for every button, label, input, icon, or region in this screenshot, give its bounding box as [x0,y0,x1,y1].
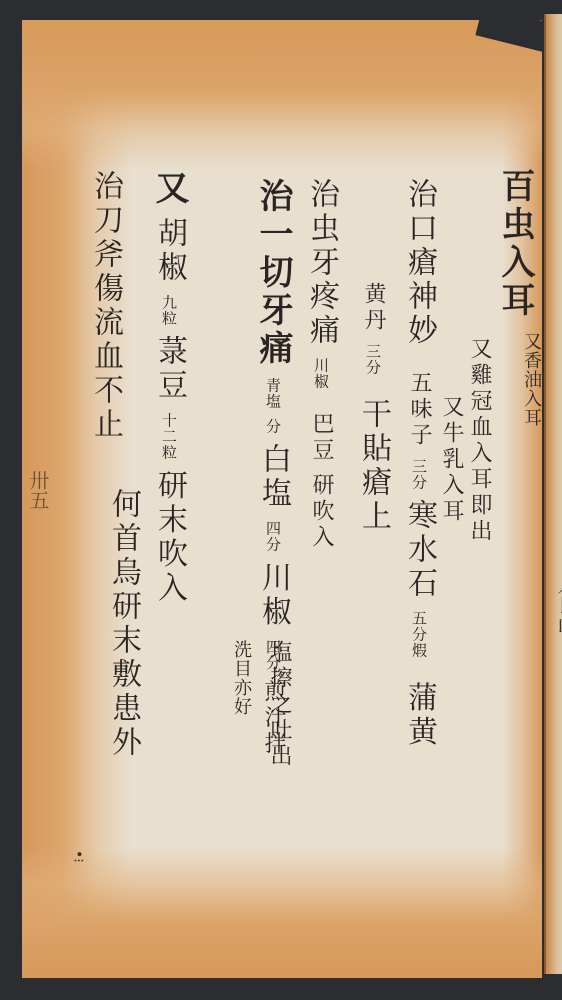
entry-tooth-worm-pain: 治虫牙疼痛 川椒 巴豆 研吹入 [306,178,336,551]
entry-heading: 治口瘡神妙 [402,178,437,348]
entry-pepper-remedy: 又 胡椒 九粒 菉豆 十二粒 研末吹入 [152,170,186,605]
method-rub-salt: 塩擦之吐出 [268,640,290,770]
ingredient-name: 巴豆 [309,412,334,464]
ingredient-name: 黄丹 [361,282,386,334]
ingredient-name: 蒲黄 [402,681,437,749]
entry-mouth-sores-cont: 黄丹 三分 干貼瘡上 [358,282,388,534]
remedy-sesame-oil: 又香油入耳 [522,332,540,427]
adjacent-page-text: 入良山 [552,574,562,634]
ingredient-qty: 三分 [410,458,428,490]
ingredient-name: 川椒 [312,357,330,389]
ingredient-name: 胡椒 [152,217,187,285]
ingredient-qty: 九粒 [160,294,178,326]
page-number-mark: 卅五 [24,470,53,510]
entry-blade-wound-bleeding: 治刀斧傷流血不止 [90,170,120,442]
entry-heading: 又 [149,170,189,208]
ingredient-qty: 三分 [364,343,382,375]
adjacent-page-edge: 入良山 [544,14,562,974]
entry-ear-insects: 百虫入耳 [498,168,532,320]
method-text: 研吹入 [309,473,334,551]
remedy-cockscomb-blood: 又雞冠血入耳即出 [468,337,490,545]
ingredient-qty: 五分煆 [410,610,428,658]
ingredient-name: 菉豆 [152,335,187,403]
ingredient-qty: 四分 [264,520,282,552]
torn-corner [475,20,542,52]
manuscript-scan: 入良山 卅五 •⁝ 百虫入耳 又香油入耳 又雞冠血入耳即出 又牛乳入耳 治口瘡神… [0,0,562,1000]
method-fleeceflower: 何首烏研末敷患外 [108,488,138,760]
method-text: 干貼瘡上 [356,398,391,534]
ingredient-name: 寒水石 [402,499,437,601]
ink-blot: •⁝ [70,850,86,863]
note-wash-eyes: 洗目亦好 [232,640,250,716]
ingredient-name: 川椒 [256,561,291,629]
entry-heading: 百虫入耳 [495,168,535,320]
ingredient-name: 青塩 [264,377,282,409]
ingredient-name: 白塩 [256,443,291,511]
method-text: 研末吹入 [152,469,187,605]
remedy-cow-milk: 又牛乳入耳 [440,395,462,525]
entry-heading: 治虫牙疼痛 [304,178,339,348]
entry-mouth-sores: 治口瘡神妙 五味子 三分 寒水石 五分煆 蒲黄 [404,178,434,749]
ingredient-name: 五味子 [407,371,432,449]
ingredient-qty: 十二粒 [160,412,178,460]
entry-heading: 治一切牙痛 [253,178,293,368]
entry-heading: 治刀斧傷流血不止 [88,170,123,442]
ingredient-qty: 分 [264,418,282,434]
